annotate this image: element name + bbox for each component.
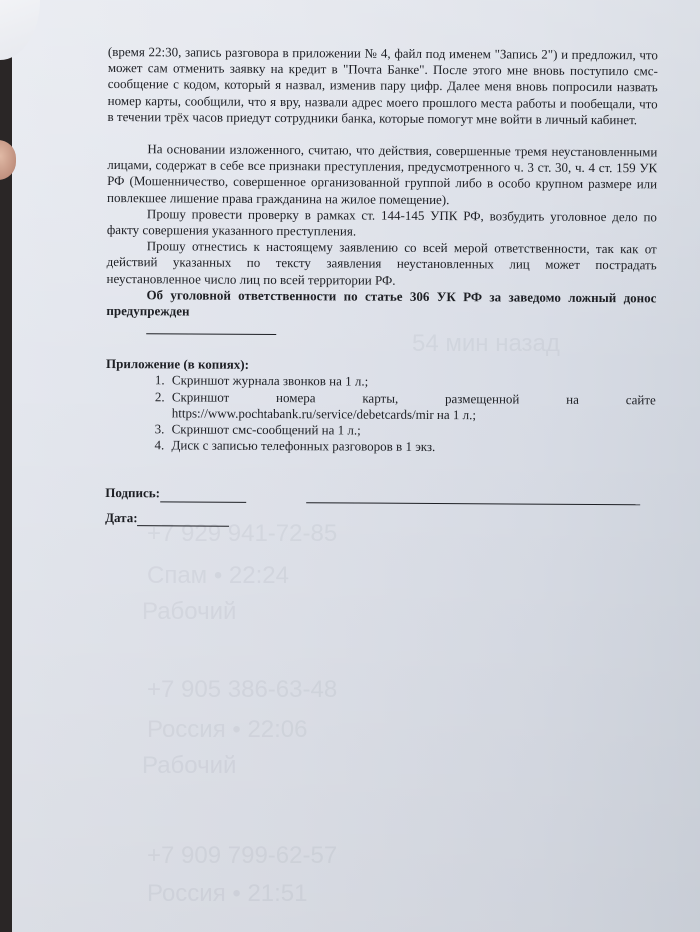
bleed-through-text: Россия • 22:06: [147, 716, 308, 744]
bleed-through-text: Спам • 22:24: [147, 562, 289, 590]
signature-line: [160, 489, 246, 503]
date-line: [138, 513, 230, 527]
date-row: Дата:: [105, 510, 655, 530]
bleed-through-text: +7 905 386-63-48: [147, 676, 337, 704]
attachment-item: Диск с записью телефонных разговоров в 1…: [167, 438, 655, 457]
paragraph-continuation: (время 22:30, запись разговора в приложе…: [108, 44, 658, 128]
bleed-through-text: +7 909 799-62-57: [147, 842, 337, 870]
name-line: [306, 490, 640, 505]
warning-signature-line: [146, 333, 276, 335]
signature-row: Подпись:: [105, 485, 655, 505]
paragraph-basis: На основании изложенного, считаю, что де…: [107, 141, 657, 209]
date-label: Дата:: [105, 510, 138, 526]
document-body: (время 22:30, запись разговора в приложе…: [105, 44, 658, 529]
warning-statement: Об уголовной ответственности по статье 3…: [106, 287, 656, 323]
attachment-item: Скриншот номера карты, размещенной на са…: [168, 389, 656, 424]
paragraph-request: Прошу провести проверку в рамках ст. 144…: [107, 206, 657, 242]
bleed-through-text: Рабочий: [142, 752, 236, 780]
paragraph-responsibility: Прошу отнестись к настоящему заявлению с…: [107, 238, 657, 290]
attachments-list: Скриншот журнала звонков на 1 л.; Скринш…: [105, 372, 655, 456]
bleed-through-text: Рабочий: [142, 598, 236, 626]
bleed-through-text: Россия • 21:51: [147, 880, 308, 908]
signature-label: Подпись:: [105, 485, 160, 502]
